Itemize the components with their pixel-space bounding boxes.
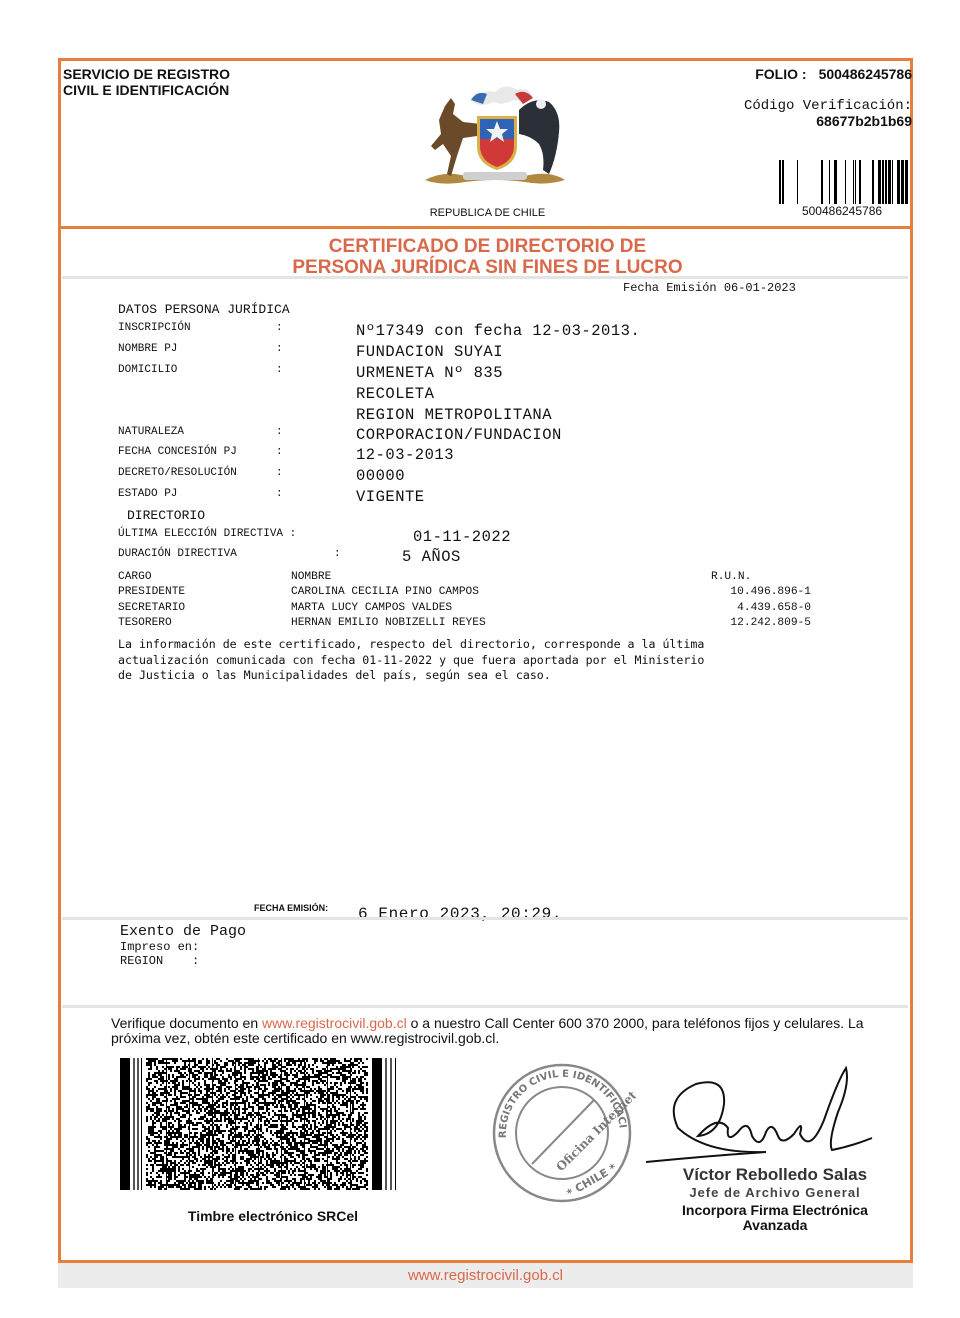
verify-prefix: Verifique documento en <box>111 1015 262 1031</box>
ultima-eleccion-label: ÚLTIMA ELECCIÓN DIRECTIVA : <box>118 528 296 540</box>
exento-pago: Exento de Pago <box>120 923 246 940</box>
mid-rule <box>62 917 908 920</box>
datos-label: ESTADO PJ <box>118 488 177 500</box>
duracion-value: 5 AÑOS <box>402 548 461 566</box>
datos-value: URMENETA Nº 835 <box>356 364 503 382</box>
folio-value: 500486245786 <box>819 66 912 82</box>
oficina-internet-seal-icon: REGISTRO CIVIL E IDENTIFICACION Oficina … <box>488 1060 636 1206</box>
datos-label: NATURALEZA <box>118 426 184 438</box>
folio-barcode <box>772 160 912 204</box>
duracion-label: DURACIÓN DIRECTIVA <box>118 548 237 560</box>
datos-colon: : <box>276 488 283 500</box>
chile-coat-of-arms-icon <box>415 76 575 194</box>
issuer-line-1: SERVICIO DE REGISTRO <box>63 66 230 82</box>
datos-value: 00000 <box>356 467 405 485</box>
republica-label: REPUBLICA DE CHILE <box>400 207 575 219</box>
col-run: R.U.N. <box>711 571 751 583</box>
lower-rule <box>62 1005 908 1008</box>
issue-date-top: Fecha Emisión 06-01-2023 <box>623 281 796 295</box>
col-nombre: NOMBRE <box>291 571 331 583</box>
footer-band: www.registrocivil.gob.cl <box>58 1260 913 1288</box>
datos-label: INSCRIPCIÓN <box>118 322 191 334</box>
firma-line-1: Incorpora Firma Electrónica <box>640 1203 910 1218</box>
timbre-electronico-barcode <box>120 1058 426 1190</box>
duracion-colon: : <box>334 548 341 560</box>
firma-line-2: Avanzada <box>640 1218 910 1233</box>
datos-colon: : <box>276 446 283 458</box>
directorio-heading: DIRECTORIO <box>127 508 205 523</box>
member-run: 10.496.896-1 <box>118 586 811 598</box>
issuer-name: SERVICIO DE REGISTRO CIVIL E IDENTIFICAC… <box>63 66 230 98</box>
folio-label: FOLIO : <box>755 66 806 82</box>
datos-colon: : <box>276 322 283 334</box>
title-line-2: PERSONA JURÍDICA SIN FINES DE LUCRO <box>230 257 745 278</box>
datos-value: VIGENTE <box>356 488 425 506</box>
datos-label: DOMICILIO <box>118 364 177 376</box>
datos-value: REGION METROPOLITANA <box>356 406 552 424</box>
footer-url[interactable]: www.registrocivil.gob.cl <box>58 1263 913 1288</box>
registro-civil-link[interactable]: www.registrocivil.gob.cl <box>262 1015 407 1031</box>
verification-notice: Verifique documento en www.registrocivil… <box>111 1016 881 1046</box>
issuer-line-2: CIVIL E IDENTIFICACIÓN <box>63 82 230 98</box>
title-line-1: CERTIFICADO DE DIRECTORIO DE <box>230 236 745 257</box>
member-run: 12.242.809-5 <box>118 617 811 629</box>
datos-colon: : <box>276 343 283 355</box>
verification-code-label: Código Verificación: <box>744 98 912 114</box>
fecha-emision-value: 6 Enero 2023, 20:29. <box>358 905 562 923</box>
fecha-emision-label: FECHA EMISIÓN: <box>254 903 328 913</box>
datos-value: RECOLETA <box>356 385 434 403</box>
signer-role: Jefe de Archivo General <box>640 1185 910 1200</box>
impreso-en: Impreso en: REGION : <box>120 940 199 968</box>
folio: FOLIO :500486245786 <box>755 66 912 82</box>
datos-value: CORPORACION/FUNDACION <box>356 426 562 444</box>
datos-value: Nº17349 con fecha 12-03-2013. <box>356 322 640 340</box>
datos-label: FECHA CONCESIÓN PJ <box>118 446 237 458</box>
datos-heading: DATOS PERSONA JURÍDICA <box>118 302 290 317</box>
signer-name: Víctor Rebolledo Salas <box>640 1165 910 1185</box>
col-cargo: CARGO <box>118 571 152 583</box>
datos-colon: : <box>276 426 283 438</box>
header-divider <box>58 226 913 229</box>
verification-code-value: 68677b2b1b69 <box>816 113 912 129</box>
barcode-number: 500486245786 <box>772 204 912 218</box>
datos-value: 12-03-2013 <box>356 446 454 464</box>
firma-electronica-note: Incorpora Firma Electrónica Avanzada <box>640 1203 910 1233</box>
datos-label: DECRETO/RESOLUCIÓN <box>118 467 237 479</box>
directorio-note: La información de este certificado, resp… <box>118 637 818 684</box>
signer-block: Víctor Rebolledo Salas Jefe de Archivo G… <box>640 1165 910 1200</box>
title-rule <box>62 276 908 279</box>
member-run: 4.439.658-0 <box>118 602 811 614</box>
signature-icon <box>640 1058 910 1168</box>
datos-label: NOMBRE PJ <box>118 343 177 355</box>
datos-colon: : <box>276 467 283 479</box>
certificate-title: CERTIFICADO DE DIRECTORIO DE PERSONA JUR… <box>230 236 745 278</box>
datos-colon: : <box>276 364 283 376</box>
ultima-eleccion-value: 01-11-2022 <box>413 528 511 546</box>
timbre-label: Timbre electrónico SRCel <box>120 1208 426 1224</box>
datos-value: FUNDACION SUYAI <box>356 343 503 361</box>
